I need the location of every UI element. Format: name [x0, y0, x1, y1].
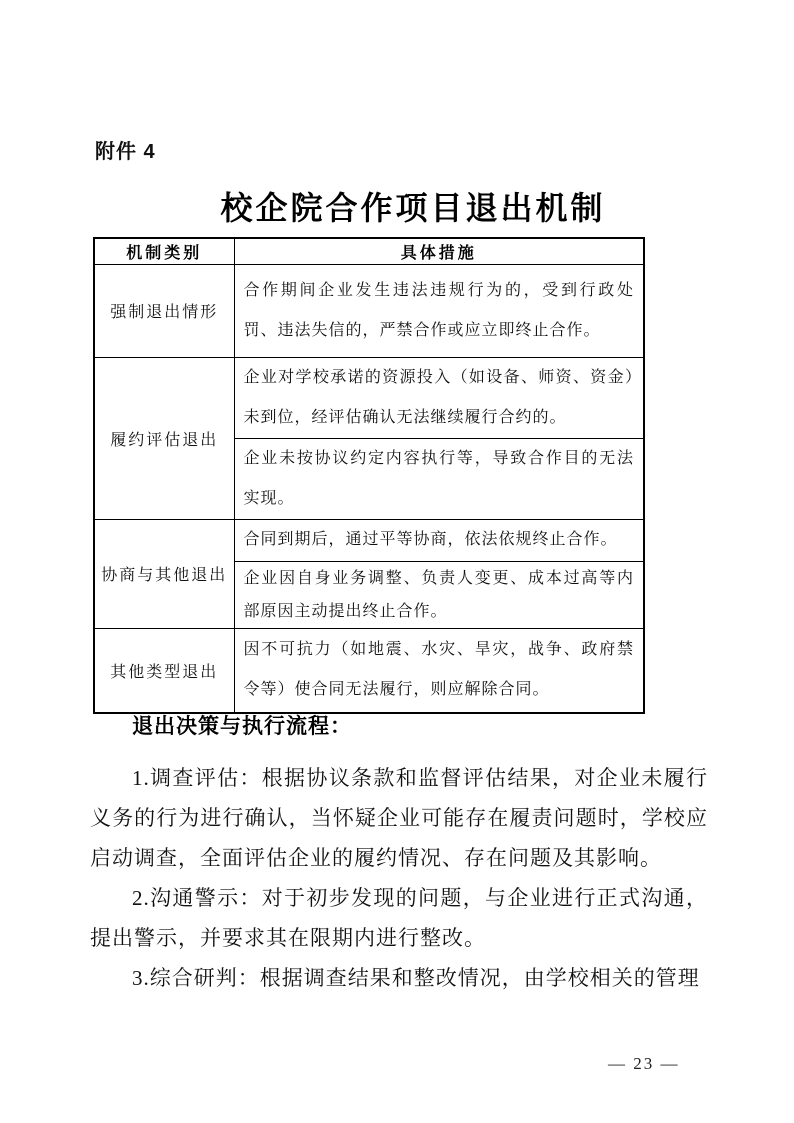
paragraph-investigation-evaluation: 1.调查评估：根据协议条款和监督评估结果，对企业未履行义务的行为进行确认，当怀疑…	[90, 758, 708, 878]
document-page: 附件 4 校企院合作项目退出机制 机制类别 具体措施 强制退出情形 合作期间企业…	[0, 0, 794, 1123]
category-cell-forced-exit: 强制退出情形	[94, 264, 234, 357]
category-cell-negotiated-and-other-exit: 协商与其他退出	[94, 519, 234, 628]
attachment-label: 附件 4	[95, 135, 156, 164]
table-header-row: 机制类别 具体措施	[94, 238, 644, 264]
column-header-category: 机制类别	[94, 238, 234, 264]
page-number: — 23 —	[608, 1054, 680, 1074]
table-row: 其他类型退出 因不可抗力（如地震、水灾、旱灾，战争、政府禁令等）使合同无法履行，…	[94, 628, 644, 713]
table-row: 履约评估退出 企业对学校承诺的资源投入（如设备、师资、资金）未到位，经评估确认无…	[94, 357, 644, 438]
exit-mechanism-table: 机制类别 具体措施 强制退出情形 合作期间企业发生违法违规行为的，受到行政处罚、…	[93, 237, 645, 714]
category-cell-other-type-exit: 其他类型退出	[94, 628, 234, 713]
measure-cell: 企业因自身业务调整、负责人变更、成本过高等内部原因主动提出终止合作。	[234, 561, 644, 628]
category-cell-performance-evaluation-exit: 履约评估退出	[94, 357, 234, 519]
measure-cell: 企业未按协议约定内容执行等，导致合作目的无法实现。	[234, 438, 644, 519]
column-header-measures: 具体措施	[234, 238, 644, 264]
body-text-block: 退出决策与执行流程： 1.调查评估：根据协议条款和监督评估结果，对企业未履行义务…	[90, 706, 708, 998]
measure-cell: 企业对学校承诺的资源投入（如设备、师资、资金）未到位，经评估确认无法继续履行合约…	[234, 357, 644, 438]
section-heading: 退出决策与执行流程：	[90, 706, 708, 748]
paragraph-communication-warning: 2.沟通警示：对于初步发现的问题，与企业进行正式沟通，提出警示，并要求其在限期内…	[90, 878, 708, 958]
table-row: 协商与其他退出 合同到期后，通过平等协商，依法依规终止合作。	[94, 519, 644, 561]
table-row: 强制退出情形 合作期间企业发生违法违规行为的，受到行政处罚、违法失信的，严禁合作…	[94, 264, 644, 357]
measure-cell: 因不可抗力（如地震、水灾、旱灾，战争、政府禁令等）使合同无法履行，则应解除合同。	[234, 628, 644, 713]
measure-cell: 合作期间企业发生违法违规行为的，受到行政处罚、违法失信的，严禁合作或应立即终止合…	[234, 264, 644, 357]
page-title: 校企院合作项目退出机制	[93, 188, 733, 228]
measure-cell: 合同到期后，通过平等协商，依法依规终止合作。	[234, 519, 644, 561]
paragraph-comprehensive-judgment: 3.综合研判：根据调查结果和整改情况，由学校相关的管理	[90, 958, 708, 998]
